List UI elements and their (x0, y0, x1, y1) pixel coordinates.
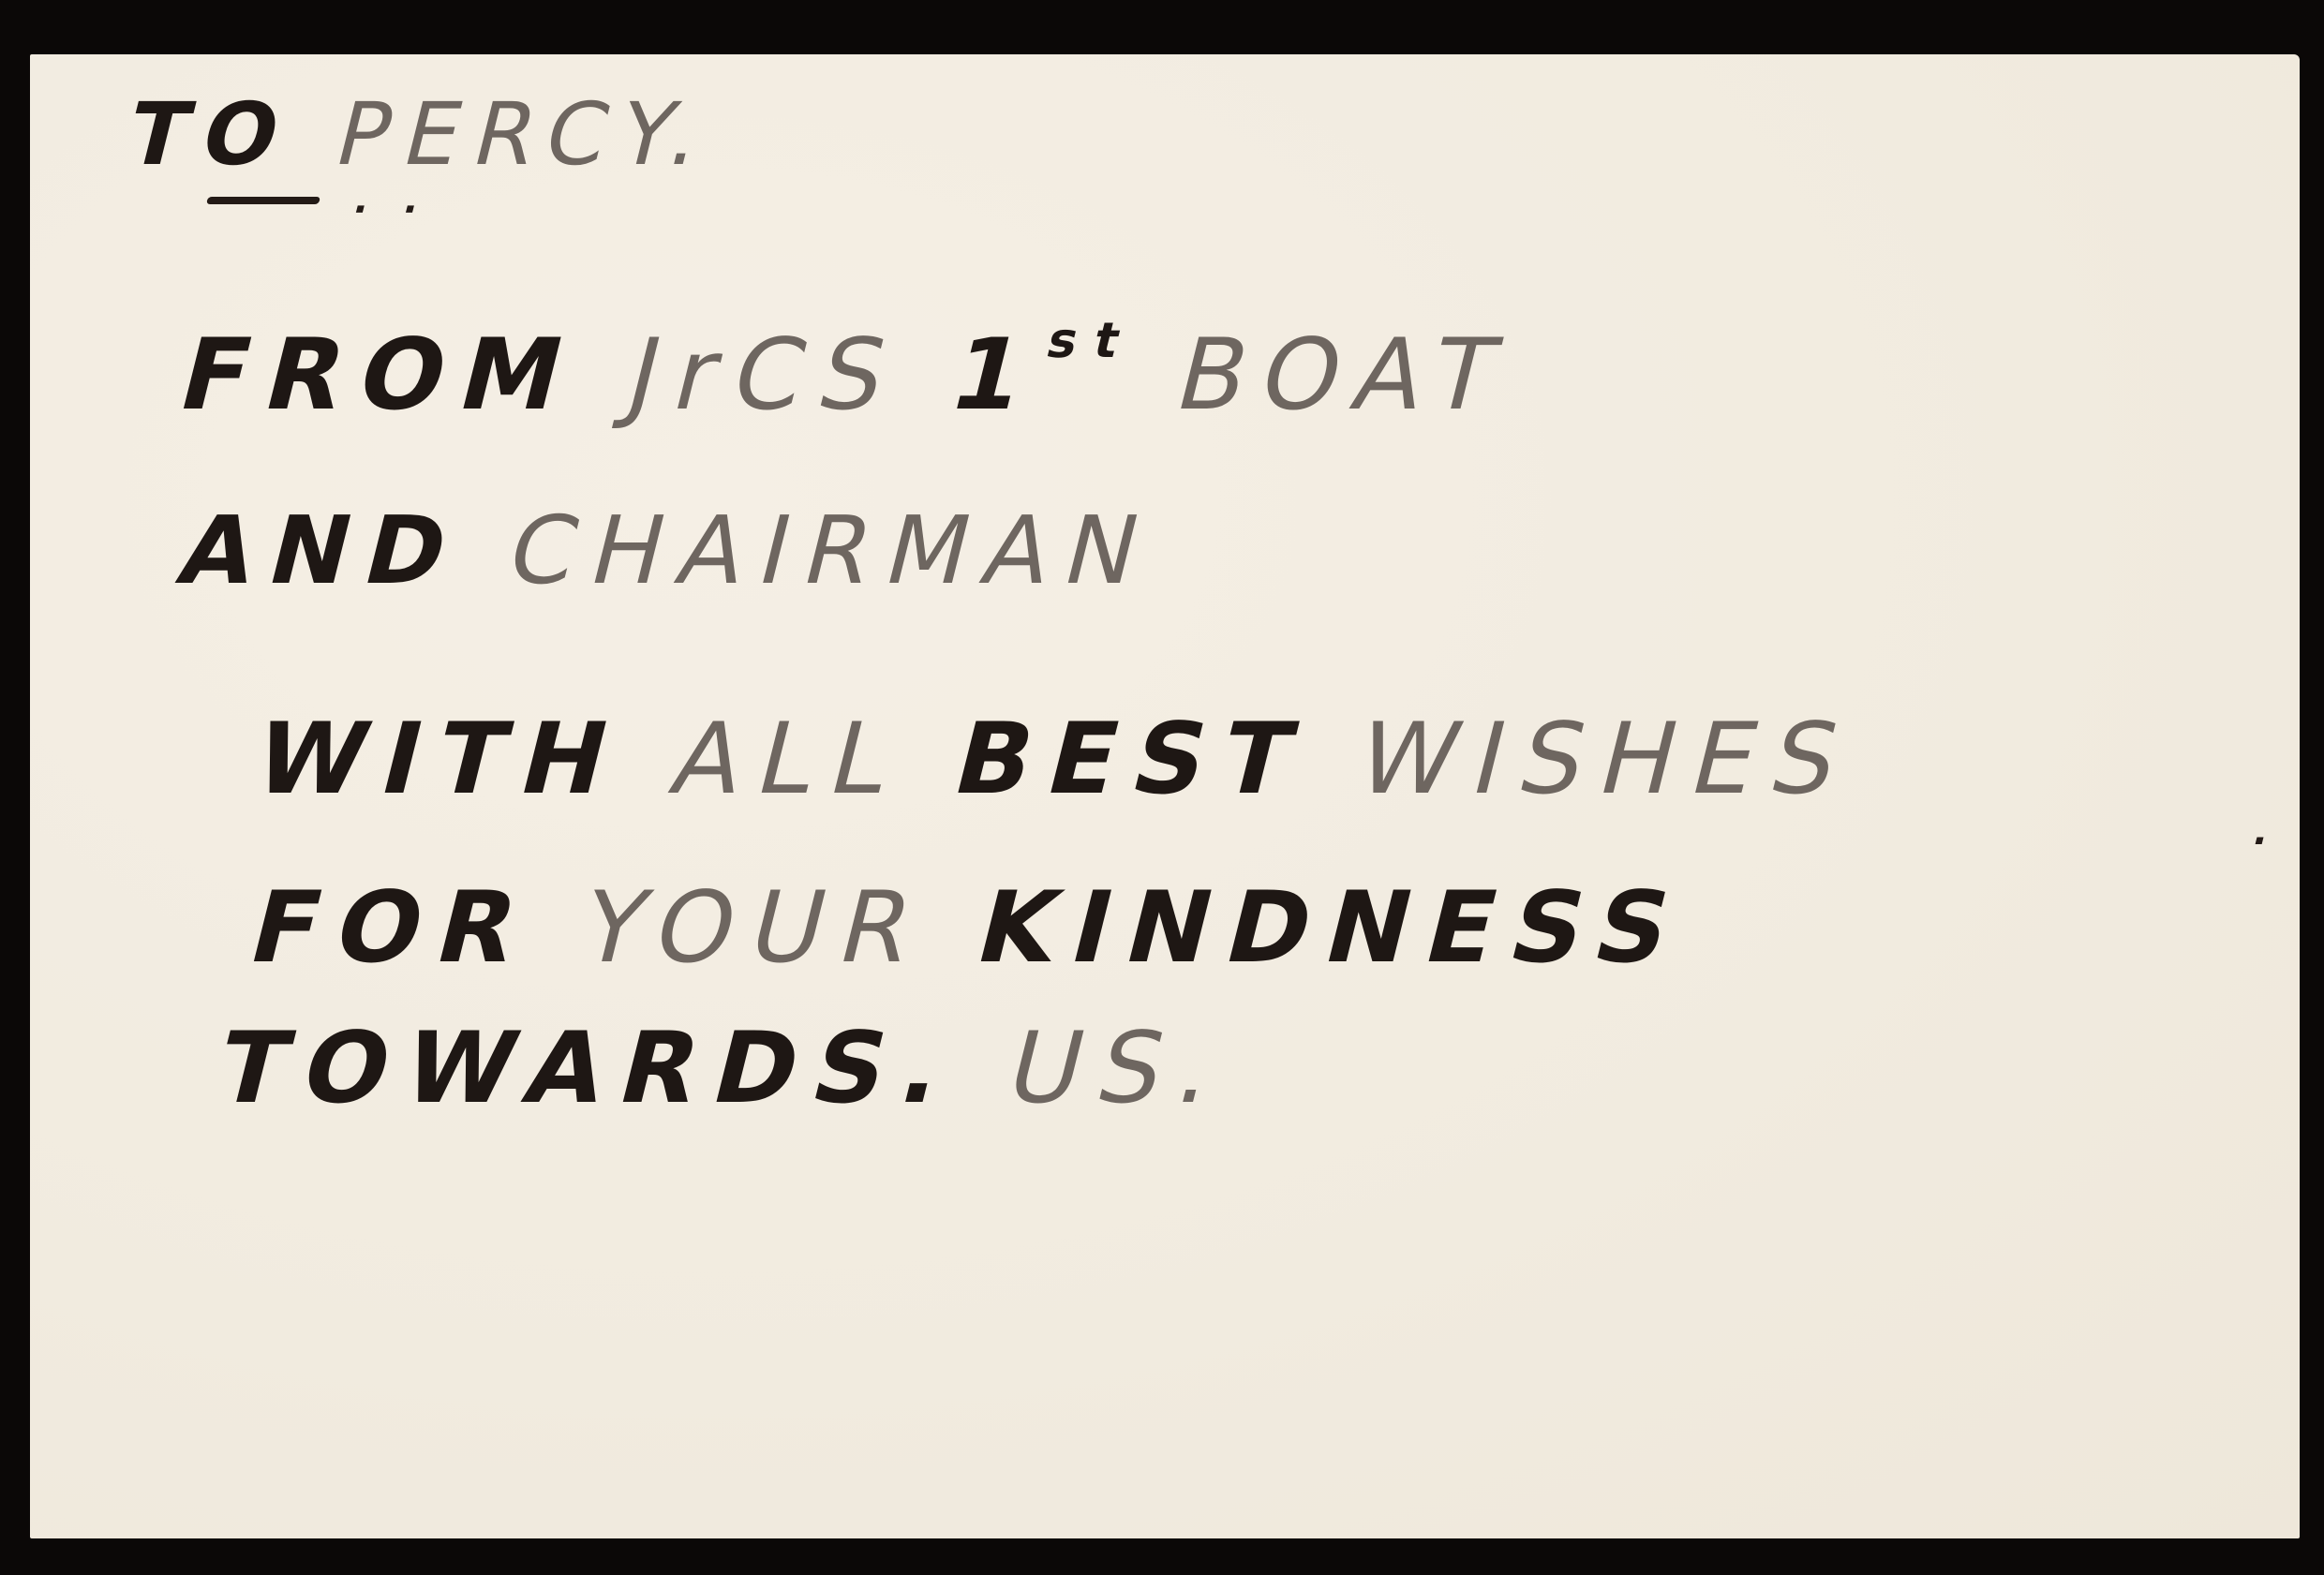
kindness-line: FOR YOUR KINDNESS (241, 879, 1698, 977)
salutation-line: TO PERCY. · · (119, 92, 725, 178)
word-with: WITH (244, 702, 637, 816)
word-best: BEST (943, 702, 1322, 816)
word-percy: PERCY. (326, 84, 727, 185)
word-and: AND (169, 496, 475, 605)
towards-us-line: TOWARDS. US. (208, 1019, 1242, 1118)
superscript-st: st (1041, 313, 1143, 369)
word-us: US. (996, 1011, 1244, 1125)
best-wishes-line: WITH ALL BEST WISHES . (246, 710, 1867, 809)
handwritten-card: TO PERCY. · · FROM JrCS 1st BOAT AND CHA… (30, 54, 2300, 1538)
word-all: ALL (661, 702, 919, 816)
trailing-period: . (2250, 813, 2291, 851)
from-line: FROM JrCS 1st BOAT (171, 326, 1524, 424)
word-from: FROM (169, 318, 592, 432)
word-boat: BOAT (1166, 318, 1527, 432)
and-chairman-line: AND CHAIRMAN (171, 504, 1166, 598)
word-wishes: WISHES (1347, 702, 1869, 816)
word-chairman: CHAIRMAN (498, 496, 1168, 605)
word-to: TO (117, 84, 305, 185)
word-towards: TOWARDS. (206, 1011, 973, 1125)
word-kindness: KINDNESS (966, 870, 1700, 985)
underline-dots: · · (349, 191, 433, 229)
word-your: YOUR (571, 870, 943, 985)
word-for: FOR (239, 870, 547, 985)
numeral-1: 1 (940, 318, 1054, 432)
word-first: 1st (940, 318, 1142, 432)
word-jrcs: JrCS (616, 318, 916, 432)
underline-stroke (206, 197, 320, 204)
